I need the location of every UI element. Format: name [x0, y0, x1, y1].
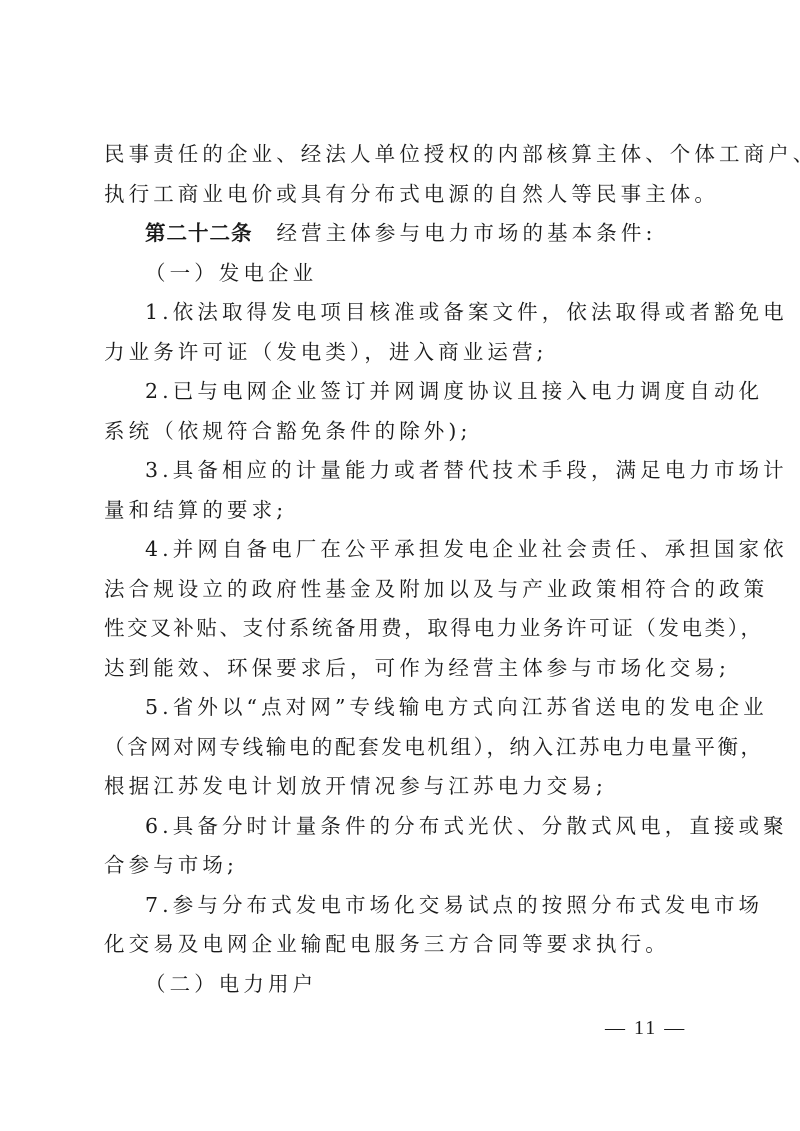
article-heading: 第二十二条经营主体参与电力市场的基本条件:: [104, 214, 696, 254]
section-heading-power-generation: （一）发电企业: [104, 254, 696, 294]
item-5-line-3: 根据江苏发电计划放开情况参与江苏电力交易;: [104, 767, 696, 807]
paragraph-line: 民事责任的企业、经法人单位授权的内部核算主体、个体工商户、: [104, 135, 696, 175]
article-number: 第二十二条: [145, 221, 253, 245]
paragraph-line: 执行工商业电价或具有分布式电源的自然人等民事主体。: [104, 175, 696, 215]
item-3-line-2: 量和结算的要求;: [104, 491, 696, 531]
item-2-line-1: 2.已与电网企业签订并网调度协议且接入电力调度自动化: [104, 372, 696, 412]
item-7-line-2: 化交易及电网企业输配电服务三方合同等要求执行。: [104, 925, 696, 965]
item-6-line-1: 6.具备分时计量条件的分布式光伏、分散式风电，直接或聚: [104, 807, 696, 847]
item-4-line-2: 法合规设立的政府性基金及附加以及与产业政策相符合的政策: [104, 570, 696, 610]
item-4-line-3: 性交叉补贴、支付系统备用费，取得电力业务许可证（发电类），: [104, 609, 696, 649]
article-title: 经营主体参与电力市场的基本条件:: [277, 221, 657, 245]
item-1-line-2: 力业务许可证（发电类），进入商业运营;: [104, 333, 696, 373]
page-number: — 11 —: [605, 1017, 686, 1040]
item-2-line-2: 系统（依规符合豁免条件的除外);: [104, 412, 696, 452]
item-3-line-1: 3.具备相应的计量能力或者替代技术手段，满足电力市场计: [104, 451, 696, 491]
item-6-line-2: 合参与市场;: [104, 846, 696, 886]
item-5-line-1: 5.省外以“点对网”专线输电方式向江苏省送电的发电企业: [104, 688, 696, 728]
document-page: 民事责任的企业、经法人单位授权的内部核算主体、个体工商户、 执行工商业电价或具有…: [104, 135, 696, 1004]
item-1-line-1: 1.依法取得发电项目核准或备案文件，依法取得或者豁免电: [104, 293, 696, 333]
section-heading-power-users: （二）电力用户: [104, 965, 696, 1005]
item-7-line-1: 7.参与分布式发电市场化交易试点的按照分布式发电市场: [104, 886, 696, 926]
item-4-line-4: 达到能效、环保要求后，可作为经营主体参与市场化交易;: [104, 649, 696, 689]
item-5-line-2: （含网对网专线输电的配套发电机组），纳入江苏电力电量平衡，: [104, 728, 696, 768]
item-4-line-1: 4.并网自备电厂在公平承担发电企业社会责任、承担国家依: [104, 530, 696, 570]
